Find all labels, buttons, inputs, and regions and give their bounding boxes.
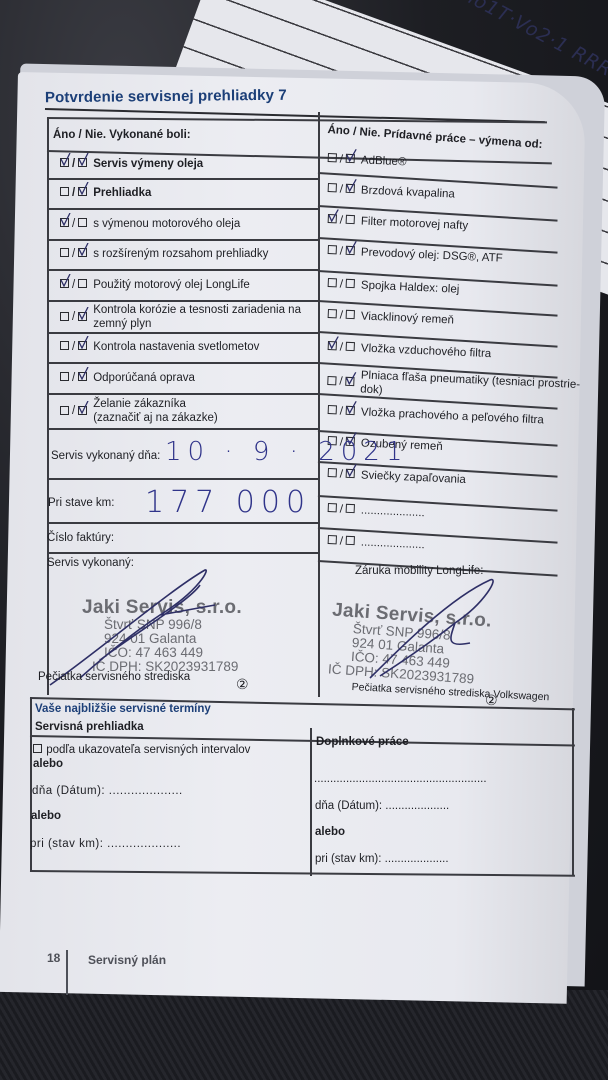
separator: / — [72, 405, 75, 417]
yes-checkbox[interactable] — [60, 279, 69, 288]
no-checkbox[interactable] — [78, 218, 87, 227]
right-signature — [360, 568, 520, 688]
yes-checkbox[interactable] — [328, 468, 337, 477]
table-row-divider — [47, 269, 318, 271]
separator: / — [339, 342, 343, 354]
section-name: Servisný plán — [88, 953, 166, 967]
footer-divider — [66, 950, 68, 995]
yes-checkbox[interactable] — [60, 248, 69, 257]
next-left-km: pri (stav km): .................... — [30, 838, 181, 850]
yes-checkbox[interactable] — [328, 245, 337, 254]
yes-checkbox[interactable] — [327, 376, 336, 385]
table-row-divider — [47, 332, 318, 334]
table-row-divider — [47, 478, 318, 480]
yes-checkbox[interactable] — [60, 406, 69, 415]
left-stamp-caption: Pečiatka servisného strediska — [38, 671, 190, 683]
service-date-value: 10 · 9 · 2021 — [165, 437, 408, 467]
item-label: Prehliadka — [93, 187, 151, 199]
no-checkbox[interactable] — [78, 372, 87, 381]
next-section-divider — [310, 728, 312, 876]
yes-checkbox[interactable] — [328, 535, 337, 544]
item-label: Odporúčaná oprava — [93, 372, 195, 384]
no-checkbox[interactable] — [78, 312, 87, 321]
interval-option-label: podľa ukazovateľa servisných intervalov — [46, 744, 250, 756]
left-checklist-item: /Prehliadka — [60, 187, 151, 199]
separator: / — [339, 215, 343, 227]
separator: / — [72, 311, 75, 323]
no-checkbox[interactable] — [346, 215, 355, 224]
leather-texture — [0, 990, 608, 1080]
no-checkbox[interactable] — [346, 536, 355, 545]
table-row-divider — [47, 300, 318, 302]
separator: / — [339, 246, 343, 258]
separator: / — [339, 376, 343, 388]
item-label: s rozšíreným rozsahom prehliadky — [93, 248, 268, 260]
separator: / — [72, 187, 75, 199]
left-column-header: Áno / Nie. Vykonané boli: — [53, 129, 191, 141]
yes-checkbox[interactable] — [60, 187, 69, 196]
next-left-option: podľa ukazovateľa servisných intervalov — [33, 744, 250, 756]
no-checkbox[interactable] — [78, 279, 87, 288]
yes-checkbox[interactable] — [328, 309, 337, 318]
item-label: Kontrola nastavenia svetlometov — [93, 341, 259, 353]
no-checkbox[interactable] — [346, 342, 355, 351]
km-label: Pri stave km: — [48, 497, 114, 509]
yes-checkbox[interactable] — [60, 158, 69, 167]
item-label: Servis výmeny oleja — [93, 158, 203, 170]
no-checkbox[interactable] — [78, 248, 87, 257]
item-label: Použitý motorový olej LongLife — [93, 279, 250, 291]
item-label: s výmenou motorového oleja — [93, 218, 240, 230]
separator: / — [339, 504, 343, 516]
page-number: 18 — [47, 951, 60, 965]
left-checklist-item: /s rozšíreným rozsahom prehliadky — [60, 248, 268, 260]
table-row-divider — [47, 362, 318, 364]
page-title: Potvrdenie servisnej prehliadky 7 — [45, 87, 287, 107]
yes-checkbox[interactable] — [328, 153, 337, 162]
left-checklist-item: /s výmenou motorového oleja — [60, 218, 240, 230]
next-right-km: pri (stav km): .................... — [315, 853, 449, 865]
separator: / — [339, 310, 343, 322]
yes-checkbox[interactable] — [60, 312, 69, 321]
next-left-or1: alebo — [33, 758, 63, 770]
no-checkbox[interactable] — [345, 377, 354, 386]
separator: / — [72, 218, 75, 230]
next-service-title: Vaše najbližšie servisné termíny — [35, 703, 211, 715]
yes-checkbox[interactable] — [328, 503, 337, 512]
table-row-divider — [47, 428, 318, 430]
table-row-divider — [47, 552, 318, 554]
yes-checkbox[interactable] — [328, 341, 337, 350]
no-checkbox[interactable] — [346, 154, 355, 163]
interval-checkbox[interactable] — [33, 744, 42, 753]
separator: / — [339, 536, 343, 548]
separator: / — [339, 406, 343, 418]
no-checkbox[interactable] — [346, 469, 355, 478]
no-checkbox[interactable] — [78, 187, 87, 196]
table-row-divider — [47, 522, 318, 524]
next-right-header: Doplnkové práce — [316, 736, 409, 748]
separator: / — [72, 341, 75, 353]
invoice-label: Číslo faktúry: — [47, 532, 114, 544]
next-right-dots: ........................................… — [314, 773, 487, 785]
next-section-right — [572, 708, 574, 876]
yes-checkbox[interactable] — [60, 341, 69, 350]
footnote-marker-left: ② — [236, 676, 249, 693]
table-row-divider — [47, 393, 318, 395]
separator: / — [72, 279, 75, 291]
left-checklist-item: /Želanie zákazníka(zaznačiť aj na zákazk… — [60, 397, 218, 426]
left-checklist-item: /Servis výmeny oleja — [60, 158, 203, 170]
no-checkbox[interactable] — [346, 246, 355, 255]
next-left-or2: alebo — [31, 810, 61, 822]
next-left-date: dňa (Dátum): .................... — [32, 785, 183, 797]
no-checkbox[interactable] — [78, 406, 87, 415]
next-right-or: alebo — [315, 826, 345, 838]
no-checkbox[interactable] — [346, 406, 355, 415]
separator: / — [72, 248, 75, 260]
left-checklist-item: /Kontrola korózie a tesnosti zariadenia … — [60, 303, 301, 332]
table-row-divider — [47, 239, 318, 241]
no-checkbox[interactable] — [346, 504, 355, 513]
item-label: Želanie zákazníka(zaznačiť aj na zákazke… — [93, 397, 217, 426]
no-checkbox[interactable] — [346, 279, 355, 288]
yes-checkbox[interactable] — [60, 218, 69, 227]
left-checklist-item: /Kontrola nastavenia svetlometov — [60, 341, 259, 353]
yes-checkbox[interactable] — [60, 372, 69, 381]
yes-checkbox[interactable] — [328, 214, 337, 223]
item-label: AdBlue® — [361, 154, 407, 168]
yes-checkbox[interactable] — [328, 405, 337, 414]
left-checklist-item: /Odporúčaná oprava — [60, 372, 195, 384]
next-left-header: Servisná prehliadka — [35, 721, 144, 733]
table-row-divider — [47, 178, 318, 180]
yes-checkbox[interactable] — [328, 278, 337, 287]
table-center-divider — [318, 112, 320, 697]
yes-checkbox[interactable] — [328, 183, 337, 192]
separator: / — [339, 279, 343, 291]
next-right-date: dňa (Dátum): .................... — [315, 800, 449, 812]
separator: / — [339, 469, 343, 481]
table-row-divider — [47, 208, 318, 210]
separator: / — [72, 372, 75, 384]
item-label: Kontrola korózie a tesnosti zariadenia n… — [93, 303, 301, 332]
service-date-label: Servis vykonaný dňa: — [51, 450, 160, 462]
left-checklist-item: /Použitý motorový olej LongLife — [60, 279, 250, 291]
no-checkbox[interactable] — [78, 341, 87, 350]
km-value: 177 000 — [145, 485, 311, 520]
separator: / — [339, 184, 343, 196]
no-checkbox[interactable] — [346, 184, 355, 193]
separator: / — [339, 154, 343, 166]
no-checkbox[interactable] — [78, 158, 87, 167]
separator: / — [72, 158, 75, 170]
no-checkbox[interactable] — [346, 310, 355, 319]
